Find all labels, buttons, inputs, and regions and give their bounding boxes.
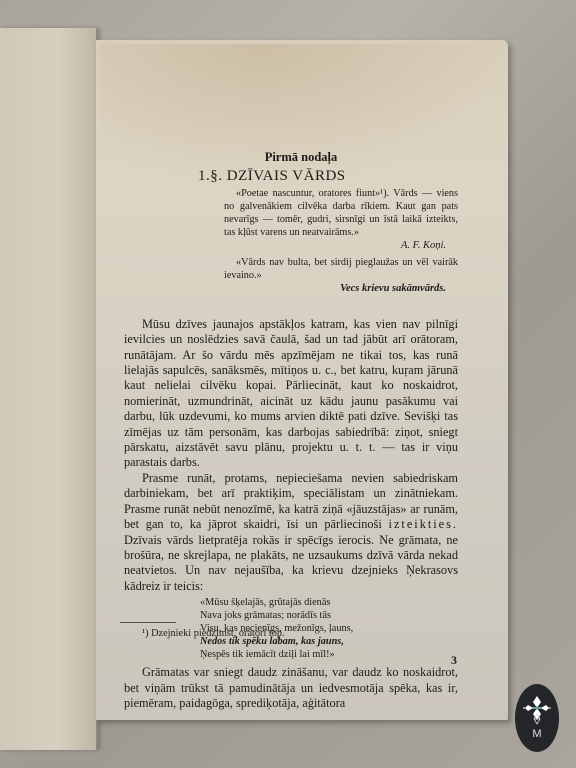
paragraph-3: Grāmatas var sniegt daudz zināšanu, var … (124, 665, 458, 711)
flower-monogram-icon: M (522, 693, 552, 743)
paragraph-1: Mūsu dzīves jaunajos apstākļos katram, k… (124, 317, 458, 471)
epigraph-1-text: «Poetae nascuntur, oratores fiunt»¹). Vā… (224, 187, 458, 239)
footnote-divider (120, 622, 176, 623)
poem-line: Nava joks grāmatas; norādīs tās (200, 609, 458, 622)
epigraph-1: «Poetae nascuntur, oratores fiunt»¹). Vā… (224, 187, 458, 295)
poem-line: Ņespēs tik iemācīt dziļi lai mīl!» (200, 648, 458, 661)
section-title: 1.§. DZĪVAIS VĀRDS (198, 169, 458, 184)
watermark-letter: M (532, 728, 541, 740)
epigraph-2-text: «Vārds nav bulta, bet sirdij pieglaužas … (224, 256, 458, 282)
watermark-badge: M (515, 684, 559, 752)
paragraph-2-b: Dzīvais vārds lietpratēja rokās ir spēcī… (124, 533, 458, 593)
chapter-heading: Pirmā nodaļa (144, 150, 458, 165)
epigraph-2-author: Vecs krievu sakāmvārds. (224, 282, 458, 295)
footnote: ¹) Dzejnieki piedzimst, orātori top. (142, 628, 285, 639)
page-number: 3 (451, 653, 457, 668)
paragraph-2: Prasme runāt, protams, nepieciešama nevi… (124, 471, 458, 594)
left-page (0, 28, 98, 750)
poem-line: «Mūsu šķelajās, grūtajās dienās (200, 596, 458, 609)
epigraph-1-author: A. F. Koņi. (224, 239, 458, 252)
emphasized-word: izteikties. (389, 517, 458, 531)
